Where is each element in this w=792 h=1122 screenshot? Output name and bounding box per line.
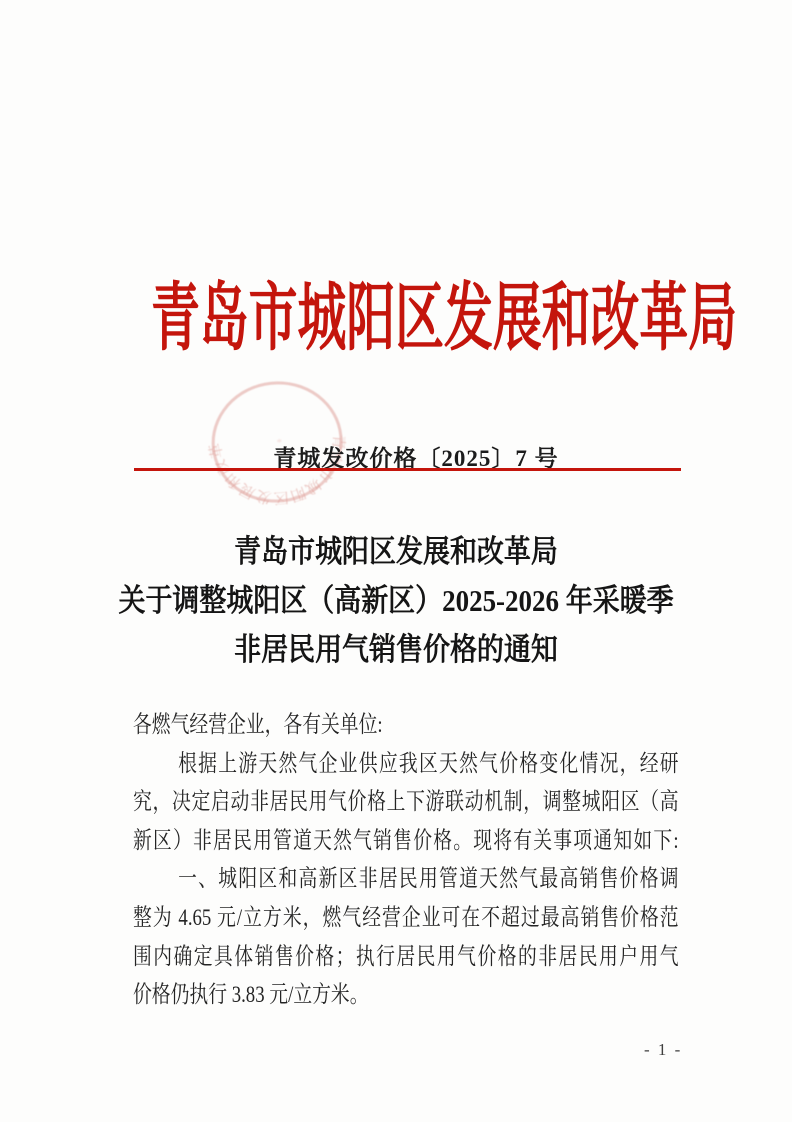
red-separator-line	[134, 468, 681, 471]
page-number: - 1 -	[644, 1040, 682, 1060]
document-title-line: 青岛市城阳区发展和改革局	[0, 527, 792, 576]
body-text-line: 各燃气经营企业，各有关单位:	[133, 706, 679, 745]
document-title-line: 非居民用气销售价格的通知	[0, 625, 792, 674]
document-title: 青岛市城阳区发展和改革局 关于调整城阳区（高新区）2025-2026 年采暖季 …	[0, 527, 792, 674]
body-text-line: 根据上游天然气企业供应我区天然气价格变化情况，经研	[133, 745, 679, 784]
body-text-line: 究，决定启动非居民用气价格上下游联动机制，调整城阳区（高	[133, 783, 679, 822]
body-text-line: 价格仍执行 3.83 元/立方米。	[133, 976, 679, 1015]
body-text-line: 一、城阳区和高新区非居民用管道天然气最高销售价格调	[133, 860, 679, 899]
body-text-line: 围内确定具体销售价格；执行居民用气价格的非居民用户用气	[133, 938, 679, 977]
document-title-line: 关于调整城阳区（高新区）2025-2026 年采暖季	[0, 576, 792, 625]
document-body: 各燃气经营企业，各有关单位: 根据上游天然气企业供应我区天然气价格变化情况，经研…	[133, 706, 792, 1015]
agency-banner-text: 青岛市城阳区发展和改革局	[151, 276, 737, 362]
body-text-line: 新区）非居民用管道天然气销售价格。现将有关事项通知如下:	[133, 822, 679, 861]
body-text-line: 整为 4.65 元/立方米，燃气经营企业可在不超过最高销售价格范	[133, 899, 679, 938]
agency-banner: 青岛市城阳区发展和改革局	[0, 276, 792, 382]
document-page: 青岛市城阳区发展和改革局 青岛市城阳区发展和改革局 * 青城发改价格〔2025〕…	[0, 0, 792, 1122]
